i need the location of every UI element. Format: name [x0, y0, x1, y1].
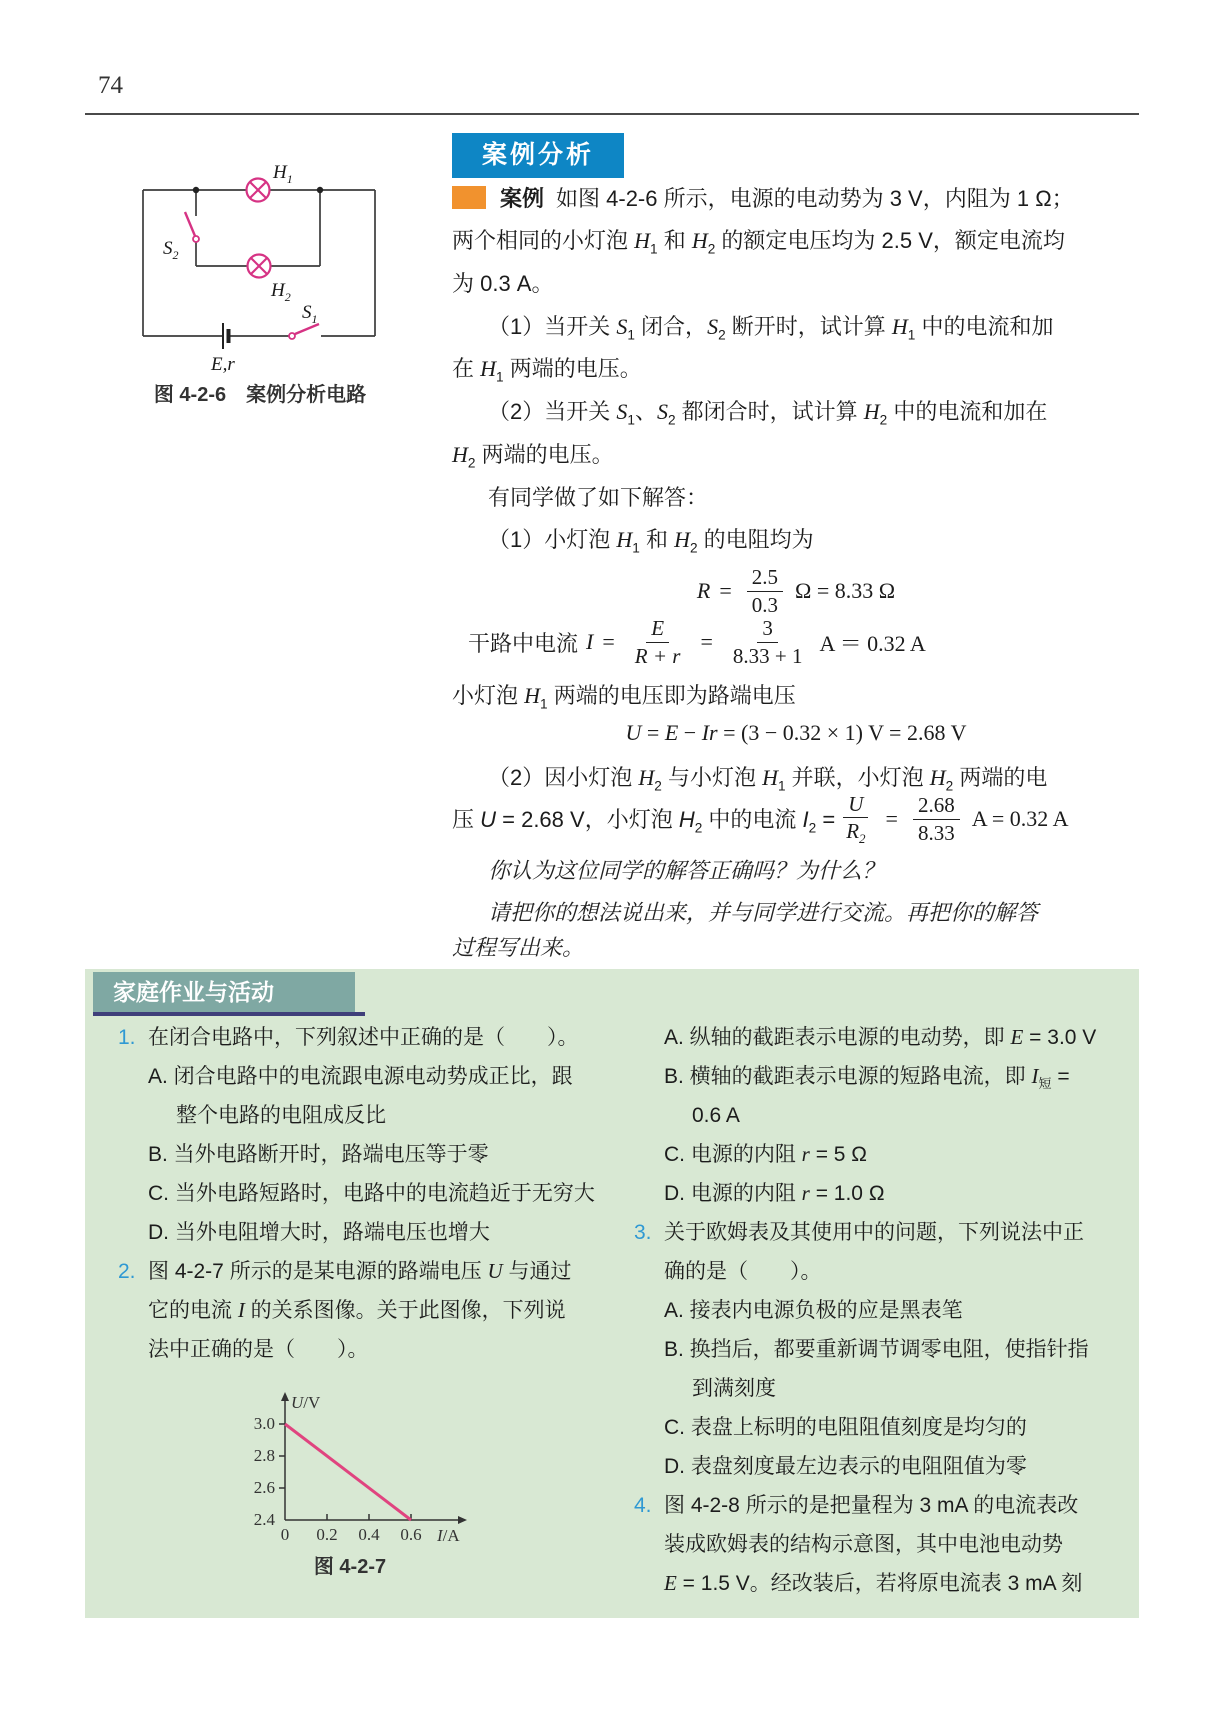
formula-lamp2-current: 压 U = 2.68 V，小灯泡 H2 中的电流 I2 = UR2 = 2.68…: [452, 790, 1140, 848]
option-line: A. 纵轴的截距表示电源的电动势，即 E = 3.0 V: [634, 1018, 1139, 1057]
question-continuation: 确的是（ ）。: [634, 1252, 1139, 1291]
junction-dot: [193, 187, 199, 193]
question-continuation: 法中正确的是（ ）。: [118, 1330, 643, 1369]
text-line: 案例如图 4-2-6 所示，电源的电动势为 3 V，内阻为 1 Ω；: [452, 177, 1140, 220]
option-line: A. 接表内电源负极的应是黑表笔: [634, 1291, 1139, 1330]
lamp-h1-icon: [247, 179, 270, 202]
textbook-page: 74: [0, 0, 1224, 1717]
option-line: A. 闭合电路中的电流跟电源电动势成正比，跟: [118, 1057, 643, 1096]
option-line: B. 当外电路断开时，路端电压等于零: [118, 1135, 643, 1174]
homework-panel: 家庭作业与活动 1.在闭合电路中，下列叙述中正确的是（ ）。 A. 闭合电路中的…: [85, 969, 1139, 1618]
fraction: 38.33 + 1: [728, 615, 808, 669]
ui-graph: U/V I/A 3.0 2.8 2.6 2.4 0 0.2 0.4 0.6: [225, 1390, 475, 1550]
text-line: 两个相同的小灯泡 H1 和 H2 的额定电压均为 2.5 V，额定电流均: [452, 219, 1140, 262]
graph-axes: [279, 1398, 461, 1520]
fraction: 2.688.33: [913, 792, 960, 846]
question-number: 1.: [118, 1018, 136, 1057]
y-tick-label: 2.4: [254, 1510, 276, 1529]
text-line: （1）当开关 S1 闭合，S2 断开时，试计算 H1 中的电流和加: [452, 305, 1140, 348]
page-number: 74: [98, 72, 123, 100]
graph-caption: 图 4-2-7: [225, 1550, 475, 1579]
x-tick-label: 0.2: [316, 1525, 337, 1544]
lamp-h1-label: H1: [272, 162, 293, 186]
x-axis-label: I/A: [436, 1526, 460, 1545]
text-line: 为 0.3 A。: [452, 262, 1140, 305]
homework-header-underline: [93, 1012, 365, 1016]
homework-left-column: 1.在闭合电路中，下列叙述中正确的是（ ）。 A. 闭合电路中的电流跟电源电动势…: [118, 1018, 643, 1369]
y-tick-label: 2.6: [254, 1478, 275, 1497]
switch-s2-label: S2: [163, 238, 179, 262]
y-tick-label: 2.8: [254, 1446, 275, 1465]
ui-graph-figure: U/V I/A 3.0 2.8 2.6 2.4 0 0.2 0.4 0.6: [225, 1390, 475, 1555]
option-continuation: 0.6 A: [634, 1096, 1139, 1135]
figure-caption: 图 4-2-6 案例分析电路: [95, 378, 425, 407]
junction-dot: [317, 187, 323, 193]
option-continuation: 整个电路的电阻成反比: [118, 1096, 643, 1135]
text-line: H2 两端的电压。: [452, 433, 1140, 476]
option-line: B. 横轴的截距表示电源的短路电流，即 I短 =: [634, 1057, 1139, 1096]
homework-header: 家庭作业与活动: [93, 972, 355, 1012]
option-line: C. 当外电路短路时，电路中的电流趋近于无穷大: [118, 1174, 643, 1213]
question-line: 4.图 4-2-8 所示的是把量程为 3 mA 的电流表改: [634, 1486, 1139, 1525]
text-line: 在 H1 两端的电压。: [452, 347, 1140, 390]
lamp-h2-icon: [248, 255, 271, 278]
formula-resistance: R = 2.50.3 Ω = 8.33 Ω: [452, 562, 1140, 620]
battery-label: E,r: [210, 354, 235, 375]
fraction: 2.50.3: [747, 564, 783, 618]
question-number: 2.: [118, 1252, 136, 1291]
question-continuation: 装成欧姆表的结构示意图，其中电池电动势: [634, 1525, 1139, 1564]
y-axis-arrow: [281, 1392, 289, 1401]
text-line: 你认为这位同学的解答正确吗？为什么？: [452, 849, 1140, 892]
question-line: 1.在闭合电路中，下列叙述中正确的是（ ）。: [118, 1018, 643, 1057]
text-line: （1）小灯泡 H1 和 H2 的电阻均为: [452, 518, 1140, 561]
formula-main-current: 干路中电流 I = ER + r = 38.33 + 1 A ＝ 0.32 A: [452, 613, 1140, 671]
option-line: D. 电源的内阻 r = 1.0 Ω: [634, 1174, 1139, 1213]
text-line: 有同学做了如下解答：: [452, 476, 1140, 519]
fraction: UR2: [841, 791, 870, 848]
option-line: D. 当外电阻增大时，路端电压也增大: [118, 1213, 643, 1252]
option-line: D. 表盘刻度最左边表示的电阻阻值为零: [634, 1447, 1139, 1486]
y-axis-label: U/V: [291, 1393, 321, 1412]
switch-s2-icon: [185, 212, 199, 242]
option-line: B. 换挡后，都要重新调节调零电阻，使指针指: [634, 1330, 1139, 1369]
homework-right-column: A. 纵轴的截距表示电源的电动势，即 E = 3.0 V B. 横轴的截距表示电…: [634, 1018, 1139, 1603]
text-line: 过程写出来。: [452, 926, 1140, 969]
switch-s1-label: S1: [302, 302, 318, 326]
battery-icon: [223, 323, 229, 349]
circuit-diagram: H1 S2 H2 S1 E,r: [105, 138, 415, 378]
text-line: （2）当开关 S1、S2 都闭合时，试计算 H2 中的电流和加在: [452, 390, 1140, 433]
formula-terminal-voltage: U = E − Ir = (3 − 0.32 × 1) V = 2.68 V: [452, 710, 1140, 756]
case-analysis-body: 案例如图 4-2-6 所示，电源的电动势为 3 V，内阻为 1 Ω； 两个相同的…: [452, 155, 1140, 985]
switch-s1-icon: [289, 324, 319, 339]
question-continuation: E = 1.5 V。经改装后，若将原电流表 3 mA 刻: [634, 1564, 1139, 1603]
x-tick-label: 0.6: [400, 1525, 421, 1544]
option-line: C. 表盘上标明的电阻阻值刻度是均匀的: [634, 1408, 1139, 1447]
lamp-h2-label: H2: [270, 280, 291, 304]
x-tick-label: 0.4: [358, 1525, 380, 1544]
circuit-figure: H1 S2 H2 S1 E,r 图 4-2-6 案例分析电路: [95, 138, 425, 407]
case-marker-square: [452, 186, 486, 209]
option-line: C. 电源的内阻 r = 5 Ω: [634, 1135, 1139, 1174]
header-divider: [85, 113, 1139, 115]
fraction: ER + r: [630, 615, 686, 669]
option-continuation: 到满刻度: [634, 1369, 1139, 1408]
x-tick-label: 0: [281, 1525, 290, 1544]
question-line: 3.关于欧姆表及其使用中的问题，下列说法中正: [634, 1213, 1139, 1252]
y-tick-label: 3.0: [254, 1414, 275, 1433]
question-continuation: 它的电流 I 的关系图像。关于此图像，下列说: [118, 1291, 643, 1330]
x-axis-arrow: [458, 1516, 467, 1524]
question-number: 3.: [634, 1213, 652, 1252]
case-label: 案例: [500, 186, 544, 211]
question-number: 4.: [634, 1486, 652, 1525]
question-line: 2.图 4-2-7 所示的是某电源的路端电压 U 与通过: [118, 1252, 643, 1291]
data-line: [285, 1424, 411, 1520]
